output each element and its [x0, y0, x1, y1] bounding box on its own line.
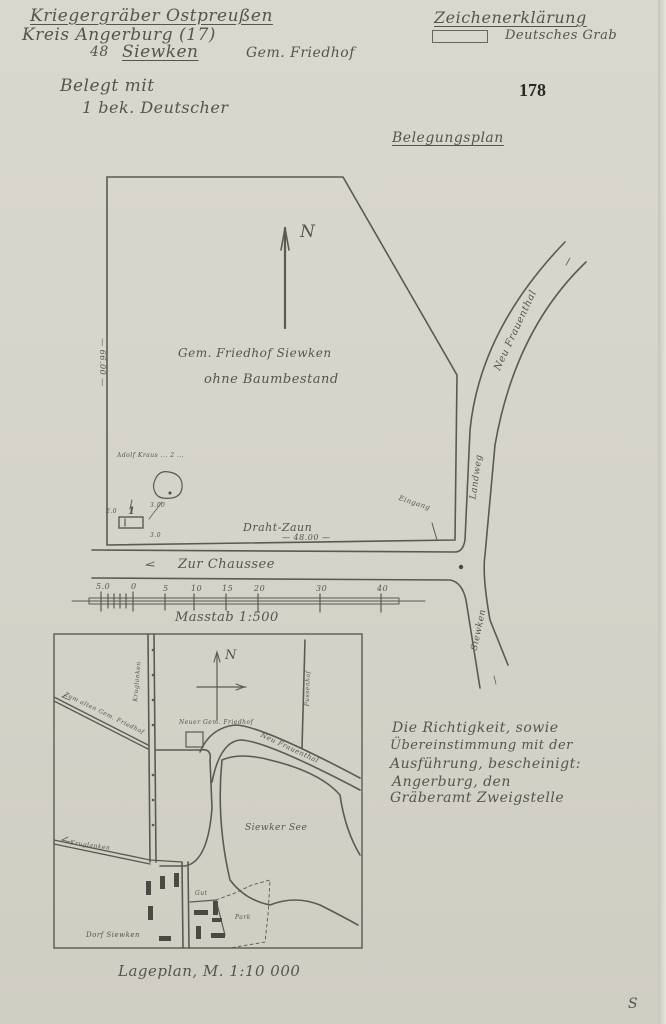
new-cemetery-label: Neuer Gem. Friedhof [179, 719, 253, 726]
corner-mark: S [628, 996, 638, 1012]
dim-3-00: 3.00 [150, 502, 165, 509]
estate-label: Gut [195, 890, 208, 897]
north-label: N [300, 222, 315, 242]
side-dimension: — 66.00 — [98, 338, 107, 387]
site-map-caption: Lageplan, M. 1:10 000 [118, 962, 300, 980]
scale-tick: 15 [222, 584, 233, 593]
lake-label: Siewker See [245, 823, 307, 833]
certification-line3: Ausführung, bescheinigt: [390, 756, 581, 772]
dim-3-0: 3.0 [150, 532, 161, 539]
park-label: Park [235, 914, 251, 921]
cemetery-drawing [0, 0, 666, 1024]
grave-note: Adolf Kraus ... 2 ... [117, 452, 184, 459]
certification-line5: Gräberamt Zweigstelle [390, 790, 564, 806]
scale-tick: 30 [316, 584, 327, 593]
cemetery-name: Gem. Friedhof Siewken [178, 346, 332, 360]
cemetery-description: ohne Baumbestand [204, 372, 339, 387]
scale-tick: 10 [191, 584, 202, 593]
scale-tick: 5.0 [96, 582, 110, 591]
cemetery-boundary [107, 177, 457, 545]
scale-tick: 20 [254, 584, 265, 593]
scale-tick: 5 [163, 584, 169, 593]
scale-label: Masstab 1:500 [175, 610, 279, 625]
grave-marker: 1 [128, 506, 135, 517]
certification-line1: Die Richtigkeit, sowie [392, 720, 559, 736]
village-label: Dorf Siewken [86, 931, 140, 939]
road-chaussee: Zur Chaussee [178, 557, 275, 572]
road-pussenhof: Pussenhof [304, 671, 312, 707]
dim-2-0: 2.0 [106, 508, 117, 515]
fence-dimension: — 48.00 — [282, 533, 331, 542]
scale-tick: 0 [131, 582, 137, 591]
scale-tick: 40 [377, 584, 388, 593]
certification-line4: Angerburg, den [392, 774, 511, 790]
site-north-label: N [225, 648, 237, 663]
certification-line2: Übereinstimmung mit der [390, 738, 573, 753]
